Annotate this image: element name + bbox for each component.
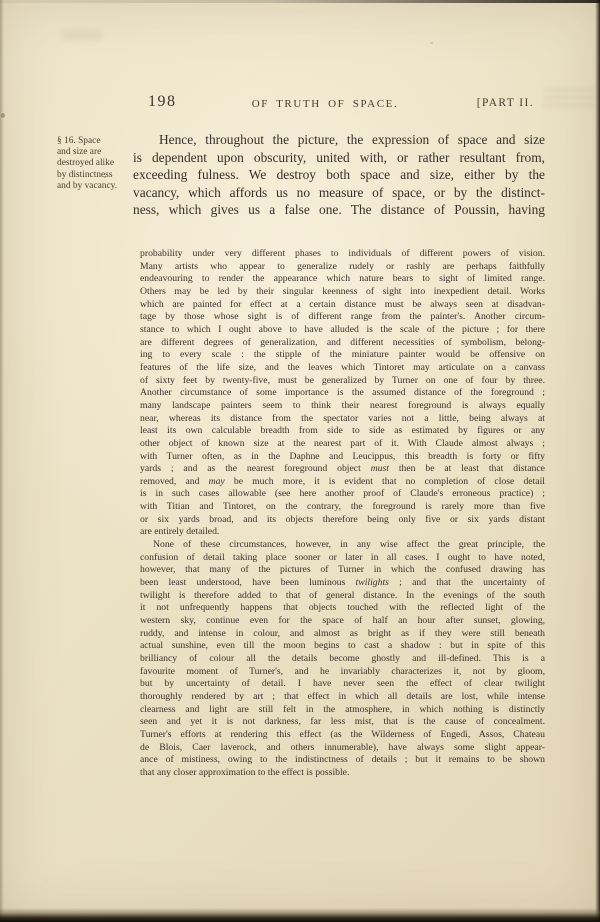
text-line: stance to which I ought above to have al… — [140, 324, 545, 337]
text-line: been least understood, have been luminou… — [140, 577, 545, 590]
text-line: that any closer approximation to the eff… — [140, 767, 545, 780]
text-line: brilliancy of colour all the details bec… — [140, 653, 545, 666]
part-label: [PART II. — [477, 97, 534, 109]
text-line: Turner's efforts at rendering this effec… — [140, 729, 545, 742]
show-through-smudge — [62, 30, 102, 40]
text-line: of sixty feet by twenty-five, must be ge… — [140, 375, 545, 388]
text-line: Hence, throughout the picture, the expre… — [133, 131, 545, 149]
text-line: Another circumstance of some importance … — [140, 387, 545, 400]
text-line: or six yards broad, and its objects ther… — [140, 514, 545, 527]
text-line: least its own calculable breadth from si… — [140, 425, 545, 438]
text-line: but by uncertainty of detail. I have nev… — [140, 678, 545, 691]
page-edge-top — [0, 0, 600, 3]
text-line: probability under very different phases … — [140, 248, 545, 261]
text-line: ness, which gives us a false one. The di… — [133, 201, 545, 219]
text-line: favourite moment of Turner's, and he inv… — [140, 666, 545, 679]
text-line: however, that many of the pictures of Tu… — [140, 564, 545, 577]
footnote-block: probability under very different phases … — [140, 248, 545, 780]
text-line: clearness and light are still felt in th… — [140, 704, 545, 717]
text-line: many landscape painters seem to think th… — [140, 400, 545, 413]
text-line: twilight is therefore added to that of g… — [140, 590, 545, 603]
text-line: are entirely detailed. — [140, 526, 545, 539]
running-title: OF TRUTH OF SPACE. — [150, 98, 500, 110]
ink-speck — [1, 113, 5, 118]
text-line: Many artists who appear to generalize ru… — [140, 261, 545, 274]
text-line: None of these circumstances, however, in… — [140, 539, 545, 552]
text-line: seen and yet it is not darkness, far les… — [140, 716, 545, 729]
page-edge-bottom — [0, 908, 600, 922]
text-line: endeavouring to render the appearance wh… — [140, 273, 545, 286]
text-line: removed, and may be much more, it is evi… — [140, 476, 545, 489]
text-line: with Titian and Tintoret, on the contrar… — [140, 501, 545, 514]
show-through-smudge — [543, 88, 595, 112]
text-line: ruddy, and intense in colour, and almost… — [140, 628, 545, 641]
ink-speck — [430, 42, 433, 44]
text-line: actual sunshine, even till the moon begi… — [140, 640, 545, 653]
text-line: is in such cases allowable (see here ano… — [140, 488, 545, 501]
text-line: features of the life size, and the leave… — [140, 362, 545, 375]
footnote-paragraph-1: probability under very different phases … — [140, 248, 545, 539]
footnote-paragraph-2: None of these circumstances, however, in… — [140, 539, 545, 779]
text-line: near, whereas its distance from the spec… — [140, 413, 545, 426]
text-line: Others may be led by their singular keen… — [140, 286, 545, 299]
text-line: it not unfrequently happens that objects… — [140, 602, 545, 615]
text-line: confusion of detail taking place sooner … — [140, 552, 545, 565]
text-line: are different degrees of generalization,… — [140, 337, 545, 350]
text-line: ance of mistiness, owing to the indistin… — [140, 754, 545, 767]
text-line: is dependent upon obscurity, united with… — [133, 149, 545, 167]
page-edge-right — [595, 0, 600, 922]
text-line: exceeding fulness. We destroy both space… — [133, 166, 545, 184]
body-paragraph: Hence, throughout the picture, the expre… — [133, 131, 545, 219]
text-line: which are painted for effect at a certai… — [140, 299, 545, 312]
text-line: western sky, continue even for the space… — [140, 615, 545, 628]
text-line: vacancy, which affords us no measure of … — [133, 184, 545, 202]
page-edge-left — [0, 0, 4, 922]
text-line: thoroughly rendered by art ; that effect… — [140, 691, 545, 704]
text-line: tage by those whose sight is of differen… — [140, 311, 545, 324]
book-page-scan: 198 OF TRUTH OF SPACE. [PART II. § 16. S… — [0, 0, 600, 922]
text-line: yards ; and as the nearest foreground ob… — [140, 463, 545, 476]
text-line: other object of known size at the neares… — [140, 438, 545, 451]
text-line: with Turner often, as in the Daphne and … — [140, 451, 545, 464]
text-line: ing to every scale : the stipple of the … — [140, 349, 545, 362]
text-line: de Blois, Caer laverock, and others innu… — [140, 742, 545, 755]
